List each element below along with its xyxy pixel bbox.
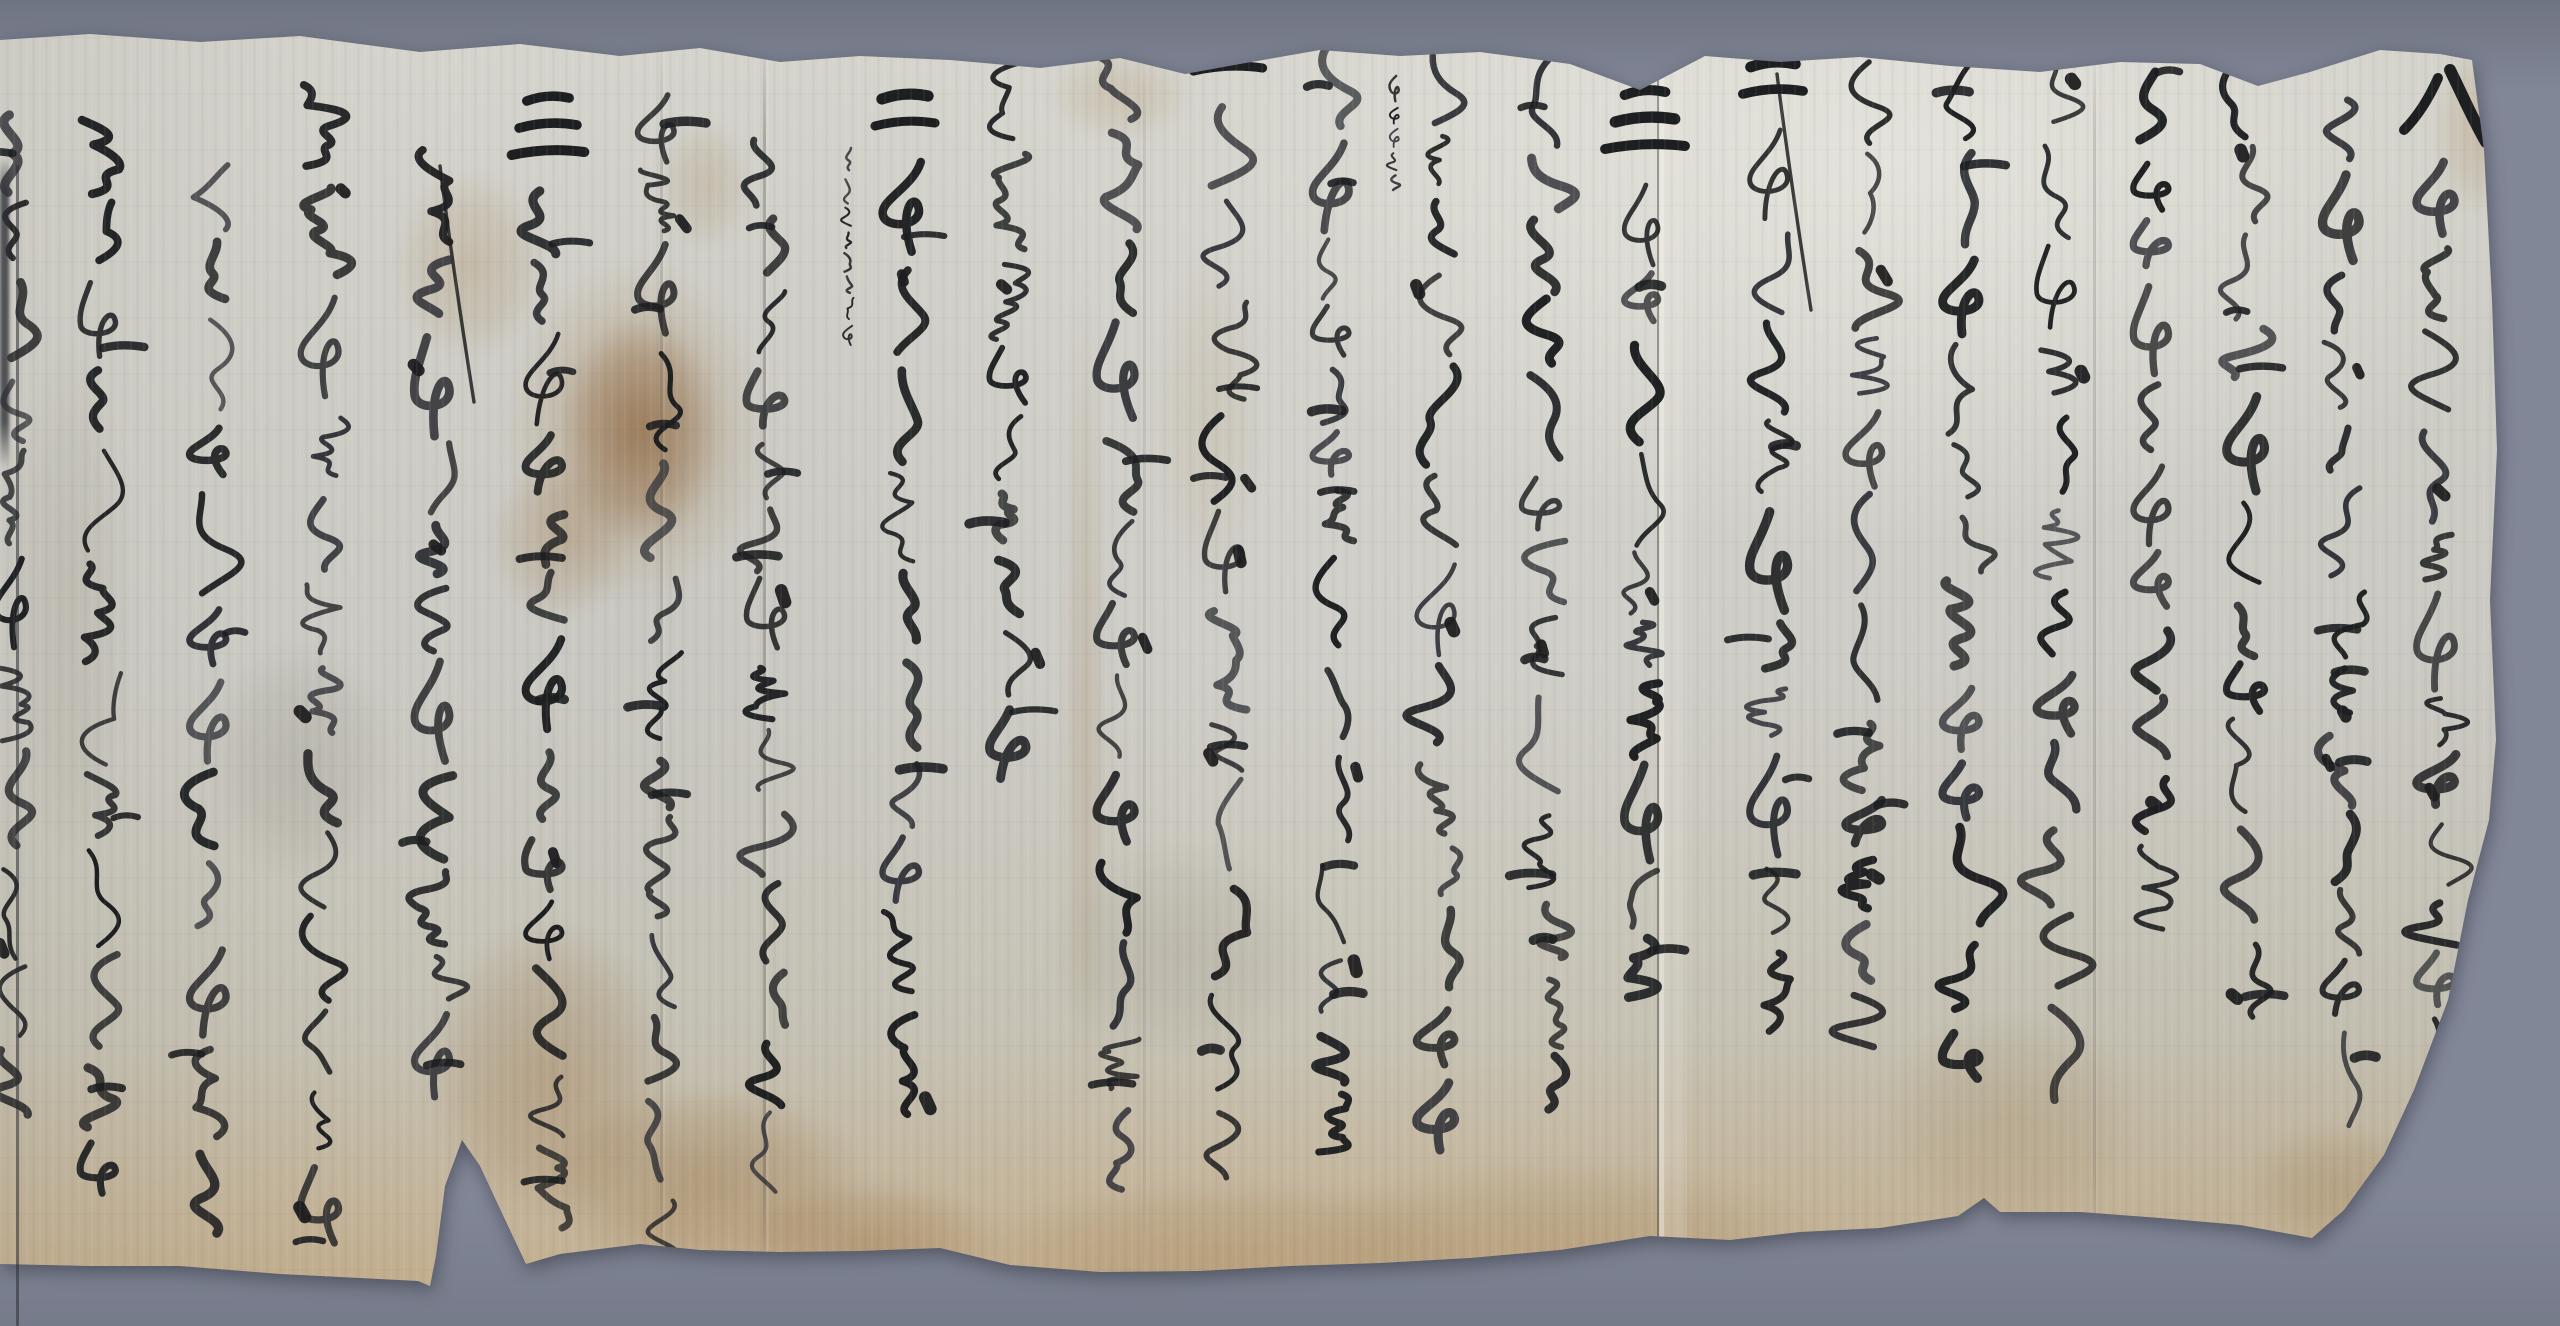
- stain-blotch: [10, 340, 130, 860]
- text-column: [1727, 62, 1811, 1031]
- crease-line: [660, 36, 663, 1276]
- hanging-thread: [16, 165, 19, 1326]
- text-column: [736, 140, 797, 1192]
- stain-blotch: [1153, 250, 1263, 590]
- calligraphy-layer: [0, 0, 2560, 1326]
- paper-shadow-wrap: [0, 0, 2560, 1326]
- stain-blotch: [970, 1180, 1490, 1326]
- text-column: [1509, 60, 1575, 1109]
- text-column: [2133, 70, 2179, 929]
- stain-blotch: [1050, 50, 1190, 140]
- text-column: [969, 62, 1055, 778]
- text-column: [875, 94, 944, 1114]
- crease-line: [1143, 36, 1146, 1276]
- stain-blotch: [1050, 840, 1310, 1060]
- stain-blotch: [660, 120, 750, 250]
- stain-blotch: [2245, 1125, 2435, 1245]
- text-column: [2021, 66, 2093, 1100]
- manuscript-paper: [0, 0, 2560, 1326]
- text-column: [1307, 48, 1363, 1152]
- stain-blotch: [490, 460, 630, 620]
- stain-blotch: [2435, 45, 2525, 215]
- text-column: [1193, 66, 1262, 1178]
- stain-blotch: [1067, 280, 1103, 1120]
- stain-blotch: [740, 1180, 1000, 1310]
- text-column: [402, 150, 474, 1097]
- text-column: [80, 120, 144, 1193]
- stain-blotch: [428, 920, 668, 1220]
- sheet-seam: [1657, 36, 1687, 1276]
- text-column: [1936, 60, 2006, 1078]
- text-column: [1092, 58, 1168, 1189]
- stain-blotch: [395, 170, 545, 360]
- text-column: [628, 95, 706, 1262]
- text-column: [2318, 100, 2376, 1126]
- stain-blotch: [1880, 1010, 2140, 1230]
- crease-line: [2093, 36, 2096, 1276]
- text-column: [1605, 90, 1685, 997]
- interlinear-annotation-column: [841, 148, 853, 345]
- stain-blotch: [545, 1085, 865, 1275]
- manuscript-photo: [0, 0, 2560, 1326]
- stain-blotch: [1300, 1160, 1820, 1320]
- stain-blotch: [210, 640, 390, 880]
- text-column: [1832, 62, 1904, 1047]
- text-column: [1406, 56, 1464, 1150]
- text-column: [296, 85, 352, 1243]
- crease-line: [763, 36, 766, 1276]
- left-edge-shadow: [0, 158, 9, 468]
- stain-blotch: [560, 315, 720, 545]
- text-column: [172, 165, 246, 1233]
- stain-blotch: [506, 260, 766, 600]
- text-column: [512, 96, 590, 1228]
- text-column: [2404, 70, 2486, 1103]
- text-column: [2220, 62, 2284, 1017]
- interlinear-annotation-column: [1387, 76, 1400, 190]
